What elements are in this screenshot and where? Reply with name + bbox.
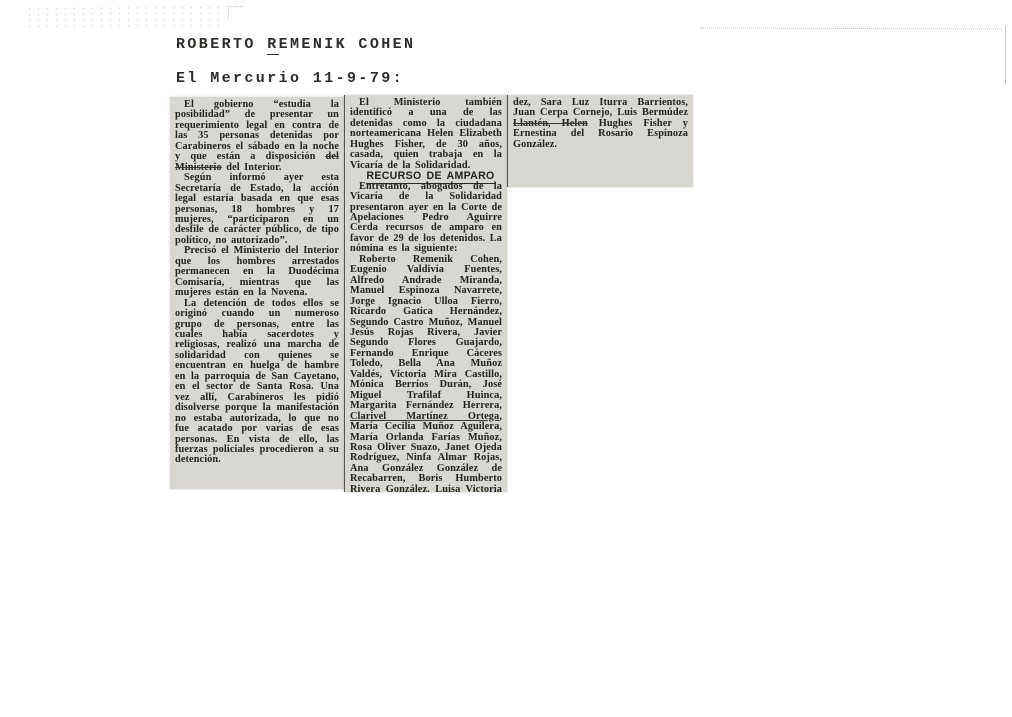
paragraph-text: del Interior. bbox=[222, 162, 282, 173]
clipping-paragraph: Precisó el Ministerio del Interior que l… bbox=[175, 246, 339, 298]
names-list-text: Roberto Remenik Cohen, Eugenio Valdivia … bbox=[350, 254, 502, 411]
clipping-paragraph: dez, Sara Luz Iturra Barrientos, Juan Ce… bbox=[513, 98, 688, 150]
typed-author-name: ROBERTO REMENIK COHEN bbox=[176, 36, 415, 53]
pen-strike-mark: Llantén, Helen bbox=[513, 118, 588, 129]
clipping-paragraph: La detención de todos ellos se originó c… bbox=[175, 299, 339, 466]
clipping-column-1: El gobierno “estudia la posibilidad” de … bbox=[170, 97, 344, 489]
names-list-text: , María Cecilia Muñoz Aguilera, María Or… bbox=[350, 411, 502, 492]
author-name-part1: ROBERTO bbox=[176, 36, 267, 53]
paragraph-text: dez, Sara Luz Iturra Barrientos, Juan Ce… bbox=[513, 97, 688, 118]
clipping-names-paragraph: Roberto Remenik Cohen, Eugenio Valdivia … bbox=[350, 255, 502, 492]
scan-noise-mark bbox=[228, 6, 243, 19]
clipping-column-2: El Ministerio también identificó a una d… bbox=[344, 95, 507, 492]
clipping-column-3: dez, Sara Luz Iturra Barrientos, Juan Ce… bbox=[507, 95, 693, 187]
author-name-part2: EMENIK COHEN bbox=[279, 36, 416, 53]
clipping-paragraph: Entretanto, abogados de la Vicaría de la… bbox=[350, 182, 502, 255]
scan-noise-dotted-line bbox=[700, 27, 1002, 29]
paragraph-text: El gobierno “estudia la posibilidad” de … bbox=[175, 99, 339, 162]
pen-underline-mark: Clarivel Martínez Ortega bbox=[350, 411, 499, 422]
scanned-letter-page: ROBERTO REMENIK COHEN El Mercurio 11-9-7… bbox=[0, 0, 1012, 717]
scan-noise-edge-tick bbox=[1005, 26, 1006, 84]
typed-source-date: El Mercurio 11-9-79: bbox=[176, 70, 404, 87]
clipping-paragraph: El Ministerio también identificó a una d… bbox=[350, 98, 502, 171]
clipping-paragraph: Según informó ayer esta Secretaría de Es… bbox=[175, 173, 339, 246]
author-name-underlined-letter: R bbox=[267, 36, 278, 55]
scan-noise-speckles bbox=[25, 4, 225, 29]
clipping-paragraph: El gobierno “estudia la posibilidad” de … bbox=[175, 100, 339, 173]
